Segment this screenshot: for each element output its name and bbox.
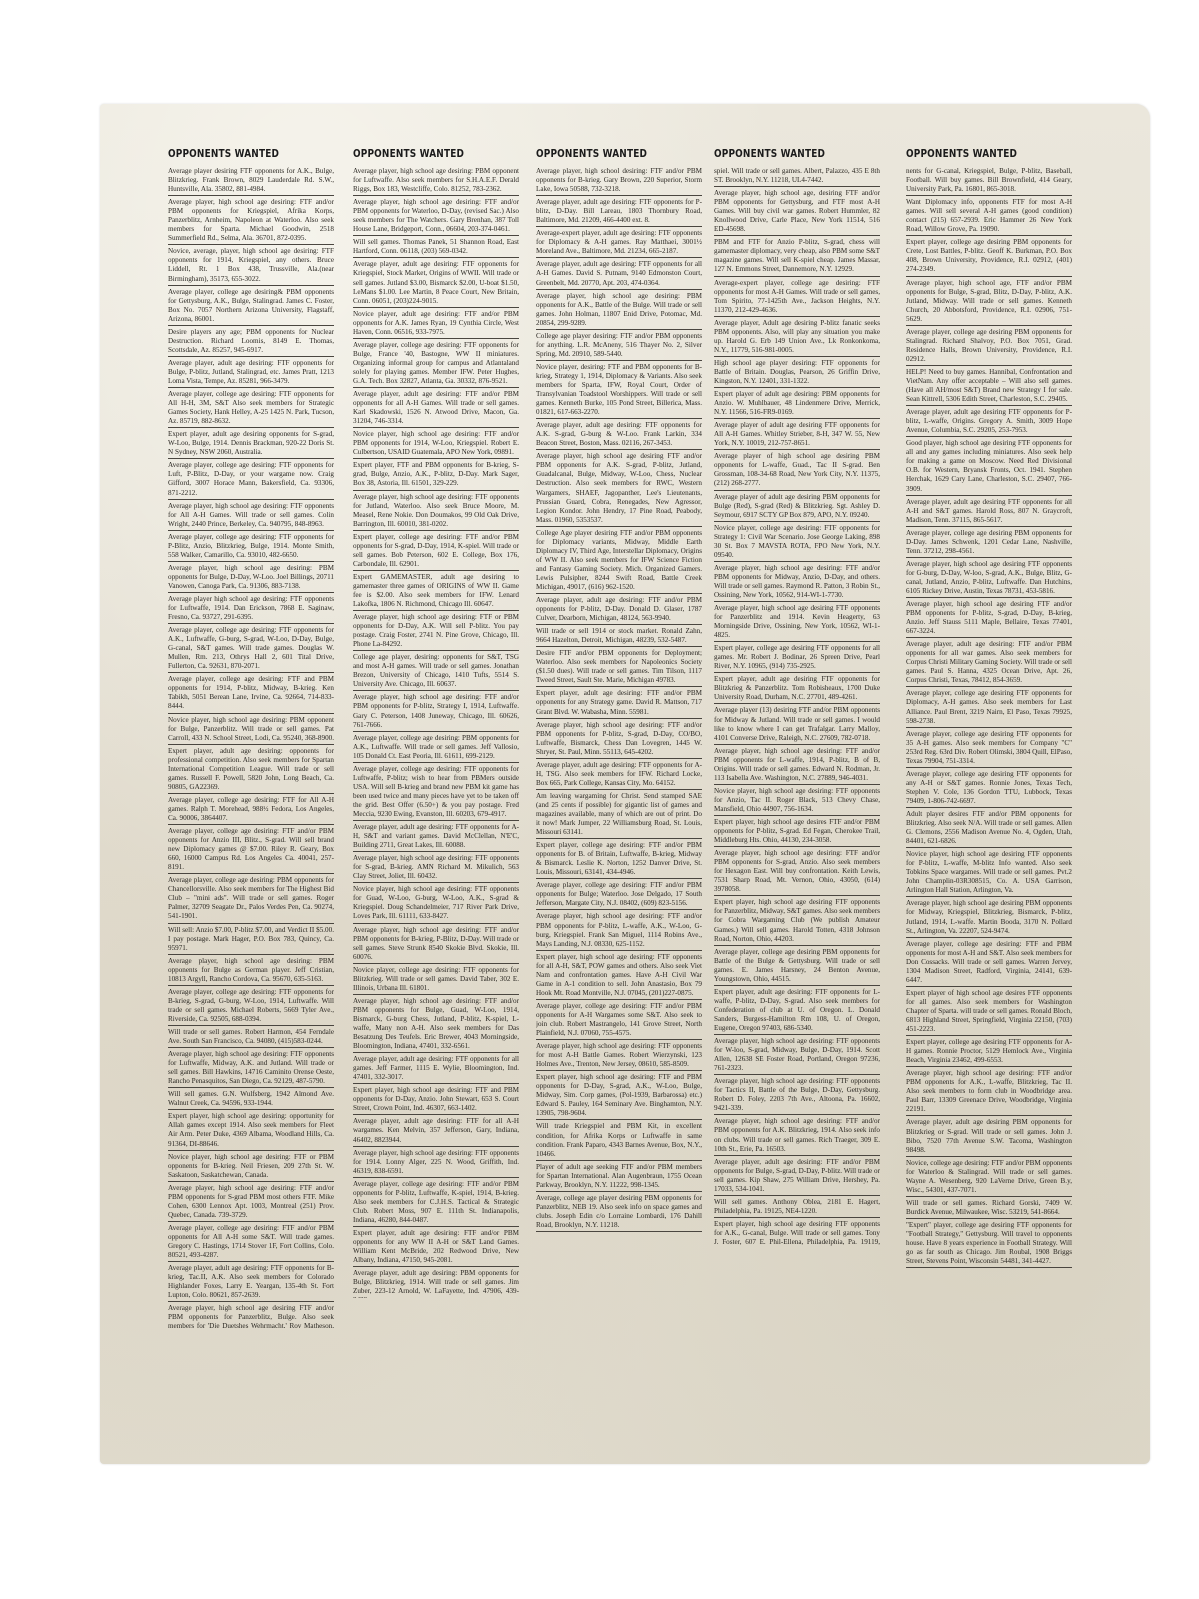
classified-ad: Average player, high school age desiring… <box>906 1068 1072 1116</box>
classified-ad: Average player, college age desiring: FT… <box>353 1179 519 1227</box>
classified-ad: Average player, adult age desiring: FTF … <box>714 1157 880 1196</box>
classified-ad: Average player, college age desiring: FT… <box>168 795 334 825</box>
classified-ad: Average player, high school age desiring… <box>353 692 519 731</box>
classified-ad: Novice player, high school age desiring:… <box>168 1152 334 1182</box>
classified-ad: Average player, high school age desiring… <box>714 1036 880 1075</box>
classified-ad: Average player, college age desiring PBM… <box>906 327 1072 366</box>
classified-ad: Average player, high school age desiring… <box>353 1148 519 1178</box>
classified-ad: Average-expert player, college age desir… <box>714 278 880 317</box>
classified-ad: Average player, high school age desiring… <box>536 720 702 759</box>
classified-ad: Average player, adult age desiring: FTF … <box>353 1054 519 1084</box>
classified-ad: Expert player, adult age desiring: FTF a… <box>353 1228 519 1267</box>
classified-ad: Average player, college age desiring& PB… <box>168 287 334 326</box>
classified-ad: spiel. Will trade or sell games. Albert,… <box>714 166 880 187</box>
classified-ad: Average player, high school age desiring… <box>168 956 334 986</box>
classified-ad: Average player, high school age desiring… <box>536 911 702 950</box>
classified-ad: Average player, high school age desiring… <box>353 612 519 651</box>
classified-ad: Average player, college age desiring: FT… <box>168 1223 334 1262</box>
column-4: OPPONENTS WANTEDspiel. Will trade or sel… <box>714 148 880 1248</box>
classified-ad: Novice player, college age desiring: FTF… <box>353 965 519 995</box>
classified-ad: Average player, high school desiring: FT… <box>536 166 702 196</box>
classified-ad: Average player, high school age desiring… <box>168 1303 334 1328</box>
classified-ad: Average player, adult age desiring FTF o… <box>906 497 1072 527</box>
classified-ad: Average player of high school age desiri… <box>714 451 880 490</box>
classified-ad: Expert player, high school age desiring … <box>714 1219 880 1248</box>
classified-ad: Average player, college age desiring FTF… <box>906 688 1072 727</box>
classified-ad: Will sell: Anzio $7.00, P-blitz $7.00, a… <box>168 925 334 955</box>
column-heading: OPPONENTS WANTED <box>714 148 855 160</box>
classified-ad: Average player desiring FTF opponents fo… <box>168 166 334 196</box>
classified-ad: HELP! Need to buy games. Hannibal, Confr… <box>906 367 1072 406</box>
classified-ad: Average player, adult age desiring: FTF … <box>353 259 519 307</box>
classified-ad: Will sell games. Anthony Oblea, 2181 E. … <box>714 1197 880 1218</box>
classified-ad: Expert player, college age desiring PBM … <box>906 237 1072 276</box>
classified-ad: Average player, high school age desiring… <box>906 599 1072 638</box>
classified-ad: Average player, adult age desiring: FTF … <box>536 259 702 289</box>
classified-ad: Expert player, college age desiring FTF … <box>906 1037 1072 1067</box>
classified-ad: Average player, adult age desiring: FTF … <box>168 358 334 388</box>
classified-ad: nents for G-canal, Kriegspiel, Bulge, P-… <box>906 166 1072 196</box>
classified-ad: Expert player, high school age desiring … <box>714 897 880 945</box>
classified-ad: Expert player, college age desiring: FTF… <box>353 532 519 571</box>
classified-ad: Average player, high school age desiring… <box>353 197 519 236</box>
classified-ad: Average player, high school age desiring… <box>353 492 519 531</box>
classified-ad: Novice player, college age desiring: FTF… <box>714 523 880 562</box>
classified-ad: Expert player, high school age desiring:… <box>536 952 702 1000</box>
classified-ad: Expert player of high school age desires… <box>906 988 1072 1036</box>
classified-ad: Average player, adult age desiring: FTF … <box>536 760 702 790</box>
classified-ad: Average player, college age desiring: FT… <box>906 939 1072 987</box>
classified-ad: Novice player, high school age desiring:… <box>353 429 519 459</box>
classified-ad: Average player, college age desiring FTF… <box>906 729 1072 768</box>
classified-ad: Will trade or sell games. Robert Harmon,… <box>168 1027 334 1048</box>
classified-ad: Will trade or sell 1914 or stock market.… <box>536 626 702 647</box>
classified-ad: Desire FTF and/or PBM opponents for Depl… <box>536 648 702 687</box>
classified-ad: Will sell games. Thomas Panek, 51 Shanno… <box>353 237 519 258</box>
classified-ad: Expert player, high school age desires F… <box>714 817 880 847</box>
classified-ad: Adult player desires FTF and/or PBM oppo… <box>906 809 1072 848</box>
classified-ad: Am leaving wargaming for Christ. Send st… <box>536 791 702 839</box>
classified-ad: Expert player, adult age desiring: FTF o… <box>714 987 880 1035</box>
classified-ad: Average player, high school age desiring… <box>714 848 880 896</box>
classified-ad: Average player, adult age desiring PBM o… <box>906 1117 1072 1156</box>
classified-ad: Average player, high school age desiring… <box>536 1041 702 1071</box>
classified-ad: Average player, college age desiring: FT… <box>168 460 334 499</box>
classified-ad: Expert player, FTF and PBM opponents for… <box>353 460 519 490</box>
classified-ad: Will trade or sell games. Richard Gorski… <box>906 1198 1072 1219</box>
classified-ad: Average player, Adult age desiring P-bli… <box>714 318 880 357</box>
classified-ad: College age player, desiring: opponents … <box>353 652 519 691</box>
classified-ad: Average player, adult age desiring: FTF … <box>353 1116 519 1146</box>
classified-ad: Desire players any age; PBM opponents fo… <box>168 327 334 357</box>
column-heading: OPPONENTS WANTED <box>536 148 677 160</box>
classified-ad: Novice player, high school age desiring … <box>906 849 1072 897</box>
classified-ad: Average player, adult age desiring: FTF … <box>168 1263 334 1302</box>
classified-ad: Expert player, high school age desiring:… <box>168 1111 334 1150</box>
classified-ad: Average player, adult age desiring: FTF … <box>353 822 519 852</box>
classified-ad: Average player (13) desiring FTF and/or … <box>714 705 880 744</box>
classified-ad: Average player, adult age desiring: PBM … <box>353 1268 519 1298</box>
classified-ad: Average player of adult age desiring PBM… <box>714 492 880 522</box>
classified-ad: Novice player, desiring: FTF and PBM opp… <box>536 362 702 419</box>
classified-ad: Average player, high school age desiring… <box>168 563 334 593</box>
classified-ad: Average player, college age desiring: FT… <box>168 987 334 1026</box>
classified-ad: Average player, college age desiring: FT… <box>168 674 334 713</box>
classified-ad: Novice player, high school age desiring:… <box>714 786 880 816</box>
classified-ad: Expert player, adult age desiring FTF op… <box>714 674 880 704</box>
classified-ad: Average player, high school age desiring… <box>714 746 880 785</box>
classified-ad: Average player, college age desiring: FT… <box>536 1001 702 1040</box>
classified-ad: Expert player of adult age desiring: PBM… <box>714 389 880 419</box>
column-heading: OPPONENTS WANTED <box>353 148 494 160</box>
classified-ad: Expert player, adult age desiring oppone… <box>168 429 334 459</box>
classified-ad: Average player, high school age desiring… <box>168 1049 334 1088</box>
classified-ad: Expert player, college age desiring: FTF… <box>536 840 702 879</box>
classified-ad: Expert player, adult age desiring: FTF a… <box>536 688 702 718</box>
column-1: OPPONENTS WANTEDAverage player desiring … <box>168 148 334 1328</box>
classified-ad: Will trade Kriegspiel and PBM Kit, in ex… <box>536 1121 702 1160</box>
classified-ad: College Age player desiring FTF and/or P… <box>536 528 702 594</box>
classified-ad: Average player, high school age desiring… <box>353 996 519 1053</box>
classified-ad: Average player, high school age desiring… <box>168 1183 334 1222</box>
classified-ad: Average player, college age desiring: FT… <box>353 764 519 821</box>
classified-ad: Will sell games. G.N. Wulfsberg, 1942 Al… <box>168 1089 334 1110</box>
classified-ad: Novice player, high school age desiring:… <box>353 884 519 923</box>
column-3: OPPONENTS WANTEDAverage player, high sch… <box>536 148 702 1233</box>
classified-ad: Average player, college age desiring: FT… <box>168 532 334 562</box>
classified-ad: Average player, high school age desiring… <box>714 603 880 642</box>
classified-ad: Novice player, high school age desiring:… <box>168 715 334 745</box>
classified-ad: Expert player, college age desiring FTF … <box>714 643 880 673</box>
classified-ad: Average player, adult age desiring: FTF … <box>906 639 1072 687</box>
classified-ad: Average player high school age desiring:… <box>168 594 334 624</box>
classified-ad: Average player, college age desiring: PB… <box>353 733 519 763</box>
classified-ad: Average player, high school age desiring… <box>906 559 1072 598</box>
classified-ad: Want Diplomacy info, opponents FTF for m… <box>906 197 1072 236</box>
classified-ad: Average player, college age desiring: FT… <box>536 880 702 910</box>
classified-ad: Expert player, high school age desiring:… <box>353 1085 519 1115</box>
classified-ad: Average player, high school age desiring… <box>536 291 702 330</box>
classified-ad: Average player, college age desiring PBM… <box>714 947 880 986</box>
classified-ad: Average player, high school age desiring… <box>906 898 1072 937</box>
classified-ad: Average player, college age desiring: FT… <box>353 340 519 388</box>
classified-ad: Expert GAMEMASTER, adult age desiring to… <box>353 572 519 611</box>
classified-ad: Average player, high school age desiring… <box>536 451 702 526</box>
classified-ad: Average player, high school age, FTF and… <box>906 278 1072 326</box>
magazine-page: OPPONENTS WANTEDAverage player desiring … <box>100 104 1150 1464</box>
classified-ad: Average-expert player, adult age desirin… <box>536 228 702 258</box>
classified-ad: Expert player, high school age desiring:… <box>536 1072 702 1120</box>
classified-ad: Average player, high school age desiring… <box>353 853 519 883</box>
classified-ad: Average player, college age desiring FTF… <box>906 769 1072 808</box>
classified-ad: Average player, college age desiring: PB… <box>168 875 334 923</box>
classified-ad: Average player of adult age desiring FTF… <box>714 420 880 450</box>
classified-ad: Average player, high school age desiring… <box>714 563 880 602</box>
column-2: OPPONENTS WANTEDAverage player, high sch… <box>353 148 519 1298</box>
classified-ad: Expert player, adult age desiring: oppon… <box>168 746 334 794</box>
classified-ad: Average player, high school age desiring… <box>714 1076 880 1115</box>
classified-ad: Player of adult age seeking FTF and/or P… <box>536 1162 702 1192</box>
classified-ad: Average player, college age desiring: FT… <box>168 625 334 673</box>
classified-ad: Average player, college age desiring: FT… <box>168 389 334 428</box>
classified-ad: Average player, high school age desiring… <box>353 925 519 964</box>
classified-ad: Average player, adult age desiring: FTF … <box>536 595 702 625</box>
classified-ad: Average player, adult age desiring: FTF … <box>353 389 519 428</box>
classified-ad: Average, college age player desiring PBM… <box>536 1193 702 1232</box>
classified-ad: Average player, high school age desiring… <box>168 197 334 245</box>
classified-ad: PBM and FTF for Anzio P-blitz, S-grad, c… <box>714 237 880 276</box>
classified-ad: Average player, high school age desiring… <box>353 166 519 196</box>
classified-ad: Average player, high school age, desirin… <box>714 188 880 236</box>
classified-ad: "Expert" player, college age desiring FT… <box>906 1220 1072 1268</box>
classified-ad: College age player desiring: FTF and/or … <box>536 331 702 361</box>
classified-ad: Average player, college age desiring PBM… <box>906 528 1072 558</box>
column-5: OPPONENTS WANTEDnents for G-canal, Krieg… <box>906 148 1072 1268</box>
column-heading: OPPONENTS WANTED <box>168 148 309 160</box>
classified-ad: Average player, adult age desiring: FTF … <box>536 197 702 227</box>
classified-ad: Novice player, adult age desiring: FTF a… <box>353 309 519 339</box>
classified-ad: Novice, average, player, high school age… <box>168 246 334 285</box>
classified-ad: Average player, adult age desiring: FTF … <box>536 420 702 450</box>
classified-ad: Average player, high school age desiring… <box>714 1116 880 1155</box>
classified-ad: Average player, adult age desiring FTF o… <box>906 407 1072 437</box>
classified-ad: Good player, high school age desiring FT… <box>906 438 1072 495</box>
classified-ad: High school age player desiring: FTF opp… <box>714 358 880 388</box>
classified-ad: Novice, college age desiring: FTF and/or… <box>906 1158 1072 1197</box>
classified-ad: Average player, high school age desiring… <box>168 501 334 531</box>
column-heading: OPPONENTS WANTED <box>906 148 1047 160</box>
classified-ad: Average player, college age desiring: FT… <box>168 826 334 874</box>
